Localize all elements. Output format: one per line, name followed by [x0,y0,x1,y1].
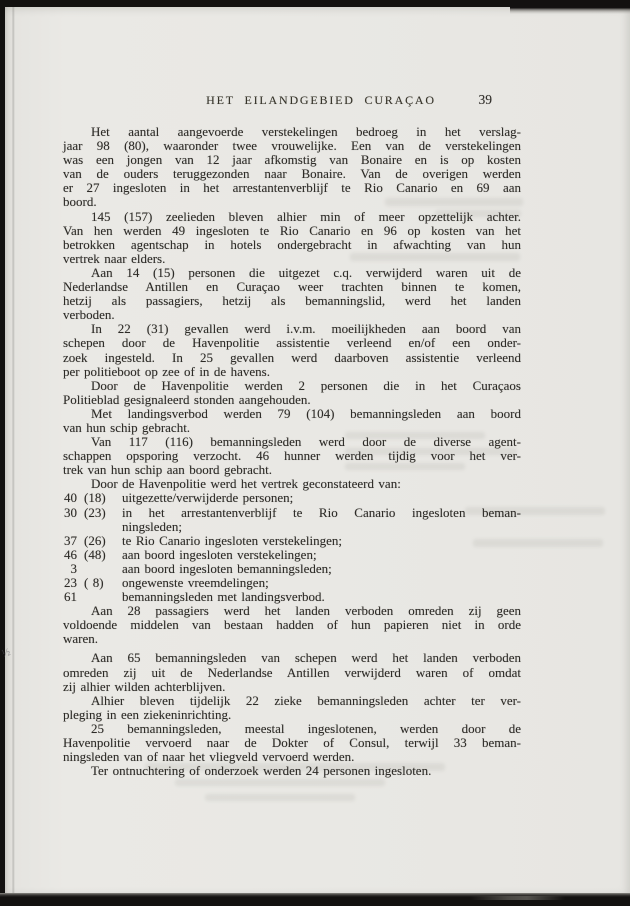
list-item-number: 23 [63,576,77,590]
text-line: aan boord ingesloten verstekelingen; [122,548,521,562]
paragraph: Alhier bleven tijdelijk 22 zieke bemanni… [63,694,521,722]
text-line: Aan 14 (15) personen die uitgezet c.q. v… [63,266,521,280]
text-line: Van hen werden 49 ingesloten te Rio Cana… [63,224,521,238]
paragraph: 25 bemanningsleden, meestal ingeslotenen… [63,722,521,764]
text-line: Het aantal aangevoerde verstekelingen be… [63,125,521,139]
text-line: vertrek naar elders. [63,252,521,266]
body-text: Het aantal aangevoerde verstekelingen be… [63,125,521,778]
text-line: was een jongen van 12 jaar afkomstig van… [63,153,521,167]
text-line: voldoende middelen van bestaan hadden of… [63,618,521,632]
paragraph: In 22 (31) gevallen werd i.v.m. moeilijk… [63,322,521,378]
text-line: Van 117 (116) bemanningsleden werd door … [63,435,521,449]
paragraph: Het aantal aangevoerde verstekelingen be… [63,125,521,210]
list-item-paren [84,562,115,576]
text-line: er 27 ingesloten in het arrestantenverbl… [63,181,521,195]
text-line: zoek ingesteld. In 25 gevallen werd daar… [63,351,521,365]
text-line: Door de Havenpolitie werd het vertrek ge… [63,477,521,491]
text-line: ningsleden van of naar het vliegveld ver… [63,750,521,764]
text-line: betrokken agentschap in hotels ondergebr… [63,238,521,252]
list-item-text: aan boord ingesloten bemanningsleden; [122,562,521,576]
text-line: jaar 98 (80), waaronder twee vrouwelijke… [63,139,521,153]
text-line: Aan 28 passagiers werd het landen verbod… [63,604,521,618]
list-item-text: ongewenste vreemdelingen; [122,576,521,590]
text-line: bemanningsleden met landingsverbod. [122,590,521,604]
text-line: 145 (157) zeelieden bleven alhier min of… [63,210,521,224]
paragraph: 145 (157) zeelieden bleven alhier min of… [63,210,521,266]
list-item-text: in het arrestantenverblijf te Rio Canari… [122,506,521,534]
paragraph: Ter ontnuchtering of onderzoek werden 24… [63,764,521,778]
list-item: 3 aan boord ingesloten bemanningsleden; [63,562,521,576]
scan-border-top-right [510,0,630,14]
text-line: Aan 65 bemanningsleden van schepen werd … [63,651,521,665]
paragraph: Aan 14 (15) personen die uitgezet c.q. v… [63,266,521,322]
list-item-paren: (23) [84,506,115,534]
handwritten-margin-mark: ½ [0,646,13,660]
text-line: verboden. [63,308,521,322]
text-line: Politieblad gesignaleerd stonden aangeho… [63,393,521,407]
text-line: van hun schip gebracht. [63,421,521,435]
departure-statistics-list: 40 (18) uitgezette/verwijderde personen;… [63,491,521,604]
list-item: 40 (18) uitgezette/verwijderde personen; [63,491,521,505]
page-number: 39 [479,92,493,108]
list-item-number: 61 [63,590,77,604]
scanned-document-page: { "header": { "title": "HET EILANDGEBIED… [0,0,630,906]
bleedthrough-smudge [205,794,355,801]
list-item-paren: ( 8) [84,576,115,590]
paragraph: Aan 28 passagiers werd het landen verbod… [63,604,521,646]
list-item-text: uitgezette/verwijderde personen; [122,491,521,505]
text-line: in het arrestantenverblijf te Rio Canari… [122,506,521,520]
text-line: per politieboot op zee of in de havens. [63,365,521,379]
text-line: van de ouders teruggezonden naar Bonaire… [63,167,521,181]
scan-border-streak [470,896,565,900]
paragraph: Van 117 (116) bemanningsleden werd door … [63,435,521,477]
list-item: 23 ( 8) ongewenste vreemdelingen; [63,576,521,590]
text-line: aan boord ingesloten bemanningsleden; [122,562,521,576]
list-item: 37 (26) te Rio Canario ingesloten verste… [63,534,521,548]
text-line: schepen door de Havenpolitie assistentie… [63,336,521,350]
list-item: 46 (48) aan boord ingesloten verstekelin… [63,548,521,562]
text-line: ningsleden; [122,520,521,534]
text-line: te Rio Canario ingesloten verstekelingen… [122,534,521,548]
paragraph: Door de Havenpolitie werden 2 personen d… [63,379,521,407]
paragraph: Met landingsverbod werden 79 (104) beman… [63,407,521,435]
list-item: 61 bemanningsleden met landingsverbod. [63,590,521,604]
text-line: uitgezette/verwijderde personen; [122,491,521,505]
scan-border-bottom [0,893,630,906]
text-line: schappen opsporing verzocht. 46 hunner w… [63,449,521,463]
list-item-text: aan boord ingesloten verstekelingen; [122,548,521,562]
text-line: In 22 (31) gevallen werd i.v.m. moeilijk… [63,322,521,336]
text-line: trek van hun schip aan boord gebracht. [63,463,521,477]
text-line: zij alhier wilden achterblijven. [63,680,521,694]
text-line: Met landingsverbod werden 79 (104) beman… [63,407,521,421]
text-line: 25 bemanningsleden, meestal ingeslotenen… [63,722,521,736]
text-line: waren. [63,632,521,646]
text-line: ongewenste vreemdelingen; [122,576,521,590]
text-line: omreden zij uit de Nederlandse Antillen … [63,666,521,680]
text-line: Alhier bleven tijdelijk 22 zieke bemanni… [63,694,521,708]
list-item-paren: (26) [84,534,115,548]
list-item-number: 3 [63,562,77,576]
paragraph: Aan 65 bemanningsleden van schepen werd … [63,651,521,693]
text-line: hetzij als passagiers, hetzij als bemann… [63,294,521,308]
text-line: boord. [63,195,521,209]
list-item-paren [84,590,115,604]
list-item: 30 (23) in het arrestantenverblijf te Ri… [63,506,521,534]
list-item-number: 30 [63,506,77,534]
bleedthrough-smudge [175,779,385,786]
running-header: HET EILANDGEBIED CURAÇAO 39 [63,93,521,111]
list-item-text: bemanningsleden met landingsverbod. [122,590,521,604]
list-item-paren: (18) [84,491,115,505]
text-line: Ter ontnuchtering of onderzoek werden 24… [63,764,521,778]
paragraph: Door de Havenpolitie werd het vertrek ge… [63,477,521,491]
page-sheet: ½ HET EILANDGEBIED CURAÇAO 39 Het aantal… [5,7,630,893]
list-item-number: 46 [63,548,77,562]
list-item-paren: (48) [84,548,115,562]
text-line: Door de Havenpolitie werden 2 personen d… [63,379,521,393]
list-item-number: 40 [63,491,77,505]
text-line: Havenpolitie vervoerd naar de Dokter of … [63,736,521,750]
list-item-number: 37 [63,534,77,548]
list-item-text: te Rio Canario ingesloten verstekelingen… [122,534,521,548]
text-line: Nederlandse Antillen en Curaçao weer tra… [63,280,521,294]
text-line: pleging in een ziekeninrichting. [63,708,521,722]
